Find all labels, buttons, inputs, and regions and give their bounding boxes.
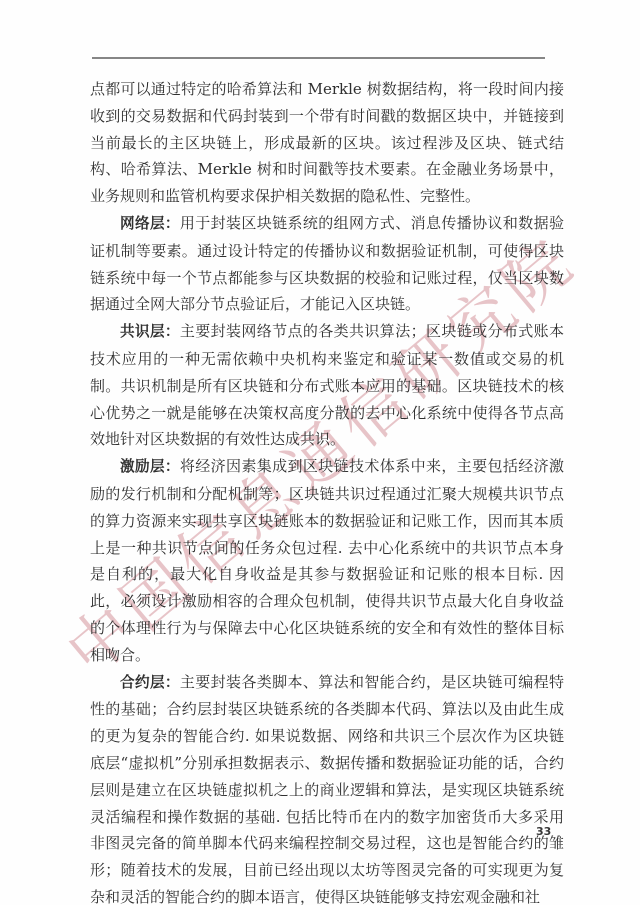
paragraph-text: 主要封装网络节点的各类共识算法；区块链或分布式账本技术应用的一种无需依赖中央机构… bbox=[90, 322, 564, 448]
paragraph-contract-layer: 合约层：主要封装各类脚本、算法和智能合约，是区块链可编程特性的基础；合约层封装区… bbox=[90, 669, 564, 905]
page-body-text: 点都可以通过特定的哈希算法和 Merkle 树数据结构，将一段时间内接收到的交易… bbox=[90, 76, 564, 905]
paragraph-text: 点都可以通过特定的哈希算法和 Merkle 树数据结构，将一段时间内接收到的交易… bbox=[90, 80, 564, 205]
paragraph-incentive-layer: 激励层：将经济因素集成到区块链技术体系中来，主要包括经济激励的发行机制和分配机制… bbox=[90, 453, 564, 668]
paragraph-head: 共识层： bbox=[120, 323, 180, 340]
paragraph-network-layer: 网络层：用于封装区块链系统的组网方式、消息传播协议和数据验证机制等要素。通过设计… bbox=[90, 210, 564, 318]
paragraph-continuation: 点都可以通过特定的哈希算法和 Merkle 树数据结构，将一段时间内接收到的交易… bbox=[90, 76, 564, 210]
paragraph-head: 网络层： bbox=[120, 215, 180, 232]
document-page: 中国信息通信研究院 点都可以通过特定的哈希算法和 Merkle 树数据结构，将一… bbox=[0, 0, 640, 905]
page-number: 33 bbox=[536, 825, 551, 838]
paragraph-head: 激励层： bbox=[120, 458, 180, 475]
paragraph-text: 主要封装各类脚本、算法和智能合约，是区块链可编程特性的基础；合约层封装区块链系统… bbox=[90, 673, 564, 905]
header-divider-line bbox=[92, 57, 545, 59]
paragraph-consensus-layer: 共识层：主要封装网络节点的各类共识算法；区块链或分布式账本技术应用的一种无需依赖… bbox=[90, 318, 564, 453]
paragraph-head: 合约层： bbox=[120, 674, 180, 691]
paragraph-text: 将经济因素集成到区块链技术体系中来，主要包括经济激励的发行机制和分配机制等；区块… bbox=[90, 457, 564, 664]
